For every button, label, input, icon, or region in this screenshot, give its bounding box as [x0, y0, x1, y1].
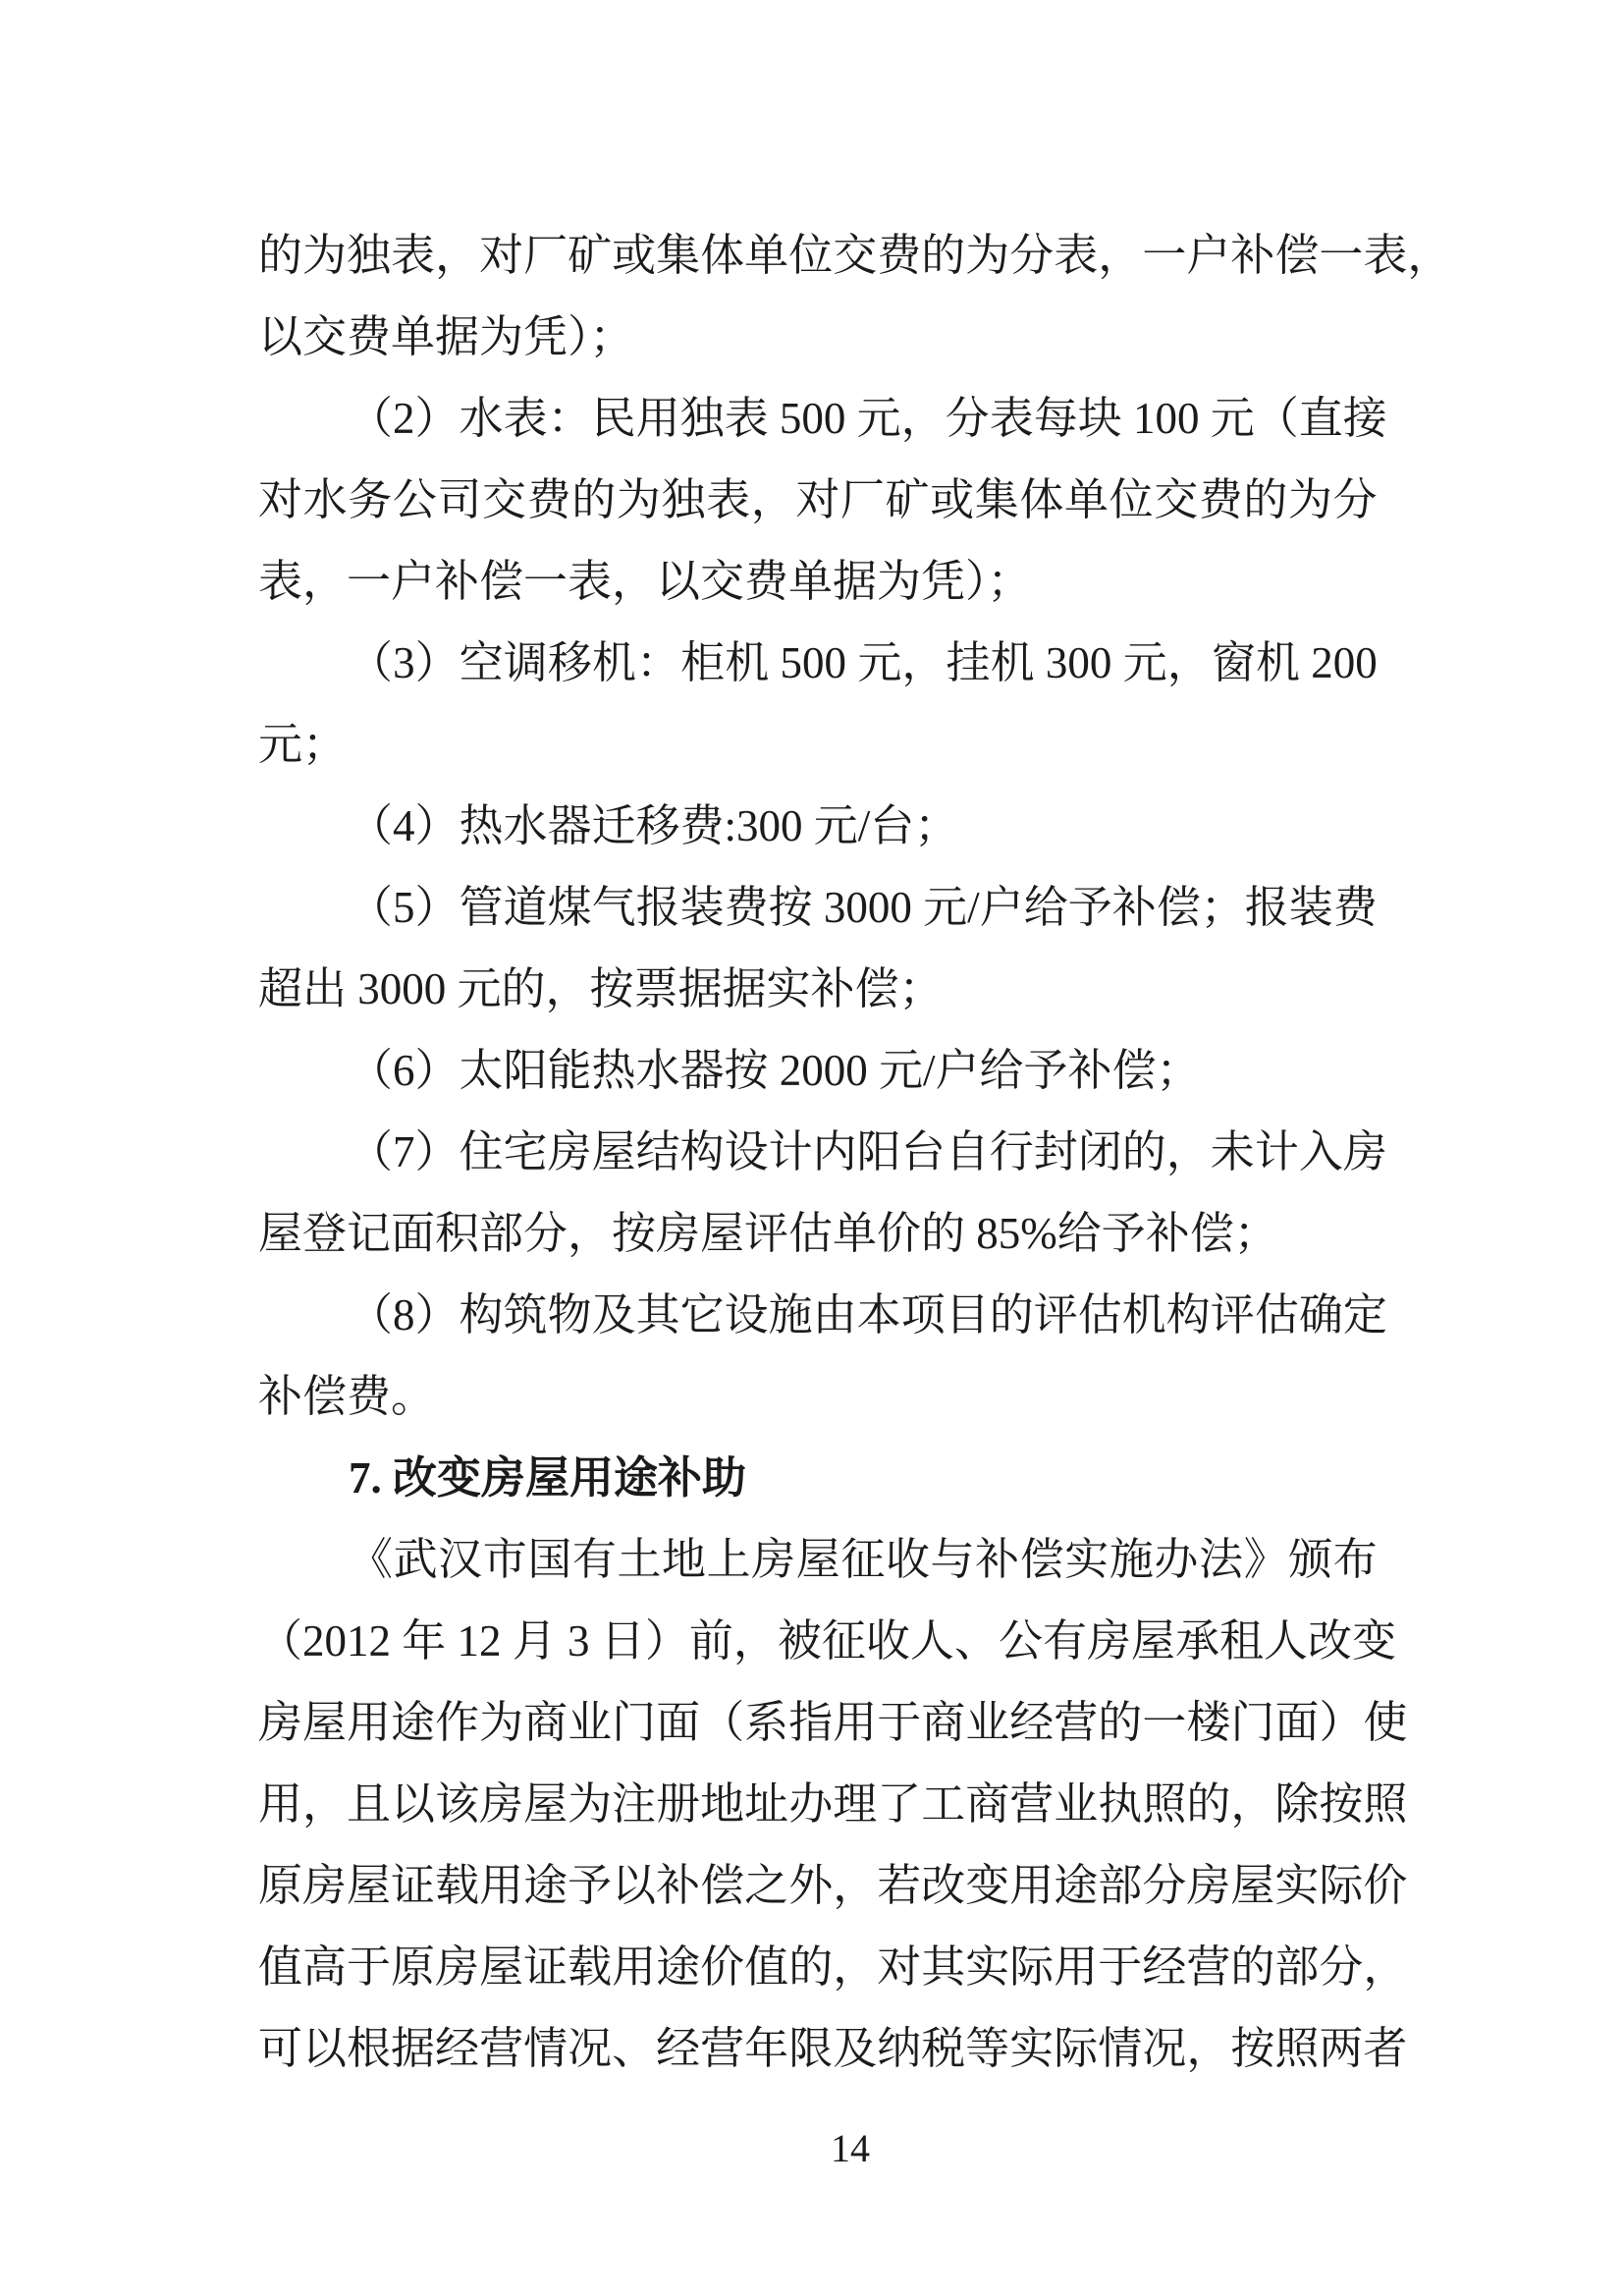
text-token: 了 [877, 1764, 921, 1845]
text-token: 公 [393, 460, 437, 541]
text-token: 务 [348, 460, 392, 541]
text-token: 对 [479, 215, 523, 297]
text-token: 指 [788, 1682, 833, 1764]
text-token: 施 [1109, 1519, 1154, 1601]
text-token: 办 [788, 1764, 833, 1845]
text-token: 位 [1109, 460, 1154, 541]
text-token: （ [1255, 378, 1299, 460]
text-line: 可以根据经营情况、经营年限及纳税等实际情况，按照两者 [258, 2008, 1378, 2090]
text-token: 补 [1230, 215, 1274, 297]
text-token: 房 [1343, 1112, 1387, 1193]
text-token: 闭 [1078, 1112, 1122, 1193]
text-line: 的为独表，对厂矿或集体单位交费的为分表，一户补偿一表， [258, 215, 1378, 297]
text-token: 改 [921, 1845, 965, 1927]
text-token: 评 [1034, 1275, 1078, 1356]
text-token: ： [548, 378, 592, 460]
text-token: 位 [788, 215, 833, 297]
text-token: 交 [1154, 460, 1198, 541]
text-token: ） [415, 867, 460, 949]
text-token: 有 [572, 1519, 617, 1601]
text-token: 水 [460, 378, 504, 460]
text-token: 以 [612, 1845, 656, 1927]
text-token: 为 [965, 215, 1009, 297]
text-token: 途 [1054, 1845, 1098, 1927]
text-token: （ [349, 1112, 393, 1193]
text-token: 用 [347, 1682, 391, 1764]
text-token: 税 [921, 2008, 965, 2090]
text-token: 费 [1333, 867, 1378, 949]
text-token: 人 [1264, 1601, 1308, 1682]
text-token: 补 [1112, 867, 1157, 949]
text-token: 价 [1363, 1845, 1407, 1927]
text-token: 值 [744, 1927, 788, 2008]
text-token: 为 [1288, 460, 1332, 541]
text-token: 用 [258, 1764, 302, 1845]
text-token: 高 [302, 1927, 347, 2008]
text-token: 一 [1142, 215, 1186, 297]
text-token: 若 [877, 1845, 921, 1927]
text-token: 营 [1186, 1927, 1230, 2008]
text-token: 装 [680, 867, 725, 949]
text-token: （ [349, 1275, 393, 1356]
text-token: 定 [1343, 1275, 1387, 1356]
text-token: 结 [636, 1112, 680, 1193]
text-token: 100 [1122, 378, 1211, 460]
text-token: （ [258, 1601, 302, 1682]
text-token: 的 [1122, 1112, 1166, 1193]
text-line: 《武汉市国有土地上房屋征收与补偿实施办法》颁布 [258, 1519, 1378, 1601]
text-token: 未 [1211, 1112, 1255, 1193]
text-token: 两 [1319, 2008, 1363, 2090]
text-token: 的 [1098, 1682, 1142, 1764]
text-token: 的 [1243, 460, 1287, 541]
text-token: 的 [258, 215, 302, 297]
text-token: 气 [592, 867, 636, 949]
text-token: 表 [725, 378, 769, 460]
text-token: 其 [636, 1275, 680, 1356]
text-token: 屋 [592, 1112, 636, 1193]
text-token: 500 [769, 623, 857, 704]
text-token: 3 [557, 1601, 601, 1682]
text-token: 价 [700, 1927, 744, 2008]
text-token: 挂 [946, 623, 990, 704]
text-token: 机 [1122, 1275, 1166, 1356]
text-line: （5）管道煤气报装费按 3000 元/户给予补偿；报装费 [258, 867, 1378, 949]
text-token: 台 [901, 1112, 946, 1193]
text-token: 对 [258, 460, 302, 541]
text-token: 筑 [504, 1275, 548, 1356]
text-token: 12 [446, 1601, 513, 1682]
text-line: （2）水表：民用独表 500 元，分表每块 100 元（直接 [258, 378, 1378, 460]
text-token: ， [901, 623, 946, 704]
text-token: 经 [435, 2008, 479, 2090]
text-token: 道 [504, 867, 548, 949]
text-token: 据 [391, 2008, 435, 2090]
text-token: 部 [1098, 1845, 1142, 1927]
text-line: （4）热水器迁移费:300 元/台； [258, 786, 1378, 867]
text-token: 阳 [857, 1112, 901, 1193]
text-token: ， [1167, 623, 1212, 704]
text-token: 体 [1019, 460, 1063, 541]
text-token: 5 [393, 867, 415, 949]
text-token: 分 [946, 378, 990, 460]
text-token: ， [1186, 2008, 1230, 2090]
text-token: 接 [1343, 378, 1387, 460]
text-line: （2012 年 12 月 3 日）前，被征收人、公有房屋承租人改变 [258, 1601, 1378, 1682]
text-token: ） [415, 623, 460, 704]
text-token: 及 [592, 1275, 636, 1356]
text-token: 实 [1009, 2008, 1054, 2090]
text-token: 的 [990, 1275, 1034, 1356]
text-token: 之 [744, 1845, 788, 1927]
text-token: 本 [857, 1275, 901, 1356]
text-token: 租 [1219, 1601, 1264, 1682]
text-token: 房 [1087, 1601, 1131, 1682]
text-token: 证 [523, 1927, 568, 2008]
text-token: 限 [788, 2008, 833, 2090]
text-token: 业 [1054, 1764, 1098, 1845]
text-token: 屋 [1131, 1601, 1175, 1682]
text-token: 3 [393, 623, 415, 704]
text-token: 经 [1009, 1682, 1054, 1764]
text-token: 部 [1274, 1927, 1319, 2008]
text-token: 分 [1319, 1927, 1363, 2008]
text-token: 200 [1300, 623, 1378, 704]
text-token: 目 [946, 1275, 990, 1356]
text-token: 元 [857, 623, 901, 704]
text-token: 一 [1142, 1682, 1186, 1764]
text-token: 除 [1274, 1764, 1319, 1845]
text-token: 用 [612, 1927, 656, 2008]
text-token: 月 [513, 1601, 557, 1682]
text-token: 估 [1255, 1275, 1299, 1356]
text-token: 且 [347, 1764, 391, 1845]
text-token: 征 [840, 1519, 885, 1601]
document-page: 的为独表，对厂矿或集体单位交费的为分表，一户补偿一表，以交费单据为凭）；（2）水… [0, 0, 1623, 2296]
text-token: 变 [965, 1845, 1009, 1927]
text-token: 照 [1142, 1764, 1186, 1845]
text-token: 水 [303, 460, 348, 541]
text-token: 房 [548, 1112, 592, 1193]
text-token: 内 [813, 1112, 857, 1193]
text-token: 独 [347, 215, 391, 297]
text-token: 元 [1123, 623, 1167, 704]
text-token: 装 [1289, 867, 1333, 949]
text-token: 汉 [438, 1519, 482, 1601]
text-token: （ [349, 623, 393, 704]
text-token: ， [901, 378, 946, 460]
text-token: 房 [302, 1845, 347, 1927]
text-token: 独 [661, 460, 705, 541]
text-token: 可 [258, 2008, 302, 2090]
text-token: 法 [1199, 1519, 1243, 1601]
text-token: 偿 [1020, 1519, 1064, 1601]
text-token: 际 [1319, 1845, 1363, 1927]
text-token: 与 [931, 1519, 975, 1601]
text-token: 日 [601, 1601, 645, 1682]
text-token: 费 [1199, 460, 1243, 541]
text-line: 超出 3000 元的，按票据据实补偿； [258, 949, 1378, 1030]
text-token: 给 [1024, 867, 1068, 949]
text-token: 变 [1352, 1601, 1396, 1682]
text-token: 自 [946, 1112, 990, 1193]
text-token: 等 [965, 2008, 1009, 2090]
text-token: ， [435, 215, 479, 297]
text-token: 元 [1211, 378, 1255, 460]
text-token: 由 [813, 1275, 857, 1356]
text-token: 每 [1034, 378, 1078, 460]
text-token: 年 [402, 1601, 446, 1682]
text-token: 按 [769, 867, 813, 949]
text-token: ） [645, 1601, 689, 1682]
text-token: 纳 [877, 2008, 921, 2090]
text-token: 评 [1211, 1275, 1255, 1356]
text-token: 机 [725, 623, 769, 704]
text-token: 厂 [840, 460, 885, 541]
text-token: ） [415, 378, 460, 460]
text-token: 于 [1098, 1927, 1142, 2008]
text-token: 单 [744, 215, 788, 297]
text-token: 屋 [796, 1519, 840, 1601]
text-token: 载 [435, 1845, 479, 1927]
text-token: 土 [617, 1519, 661, 1601]
text-token: ， [1166, 1112, 1211, 1193]
text-token: 外 [788, 1845, 833, 1927]
text-token: 的 [571, 460, 616, 541]
text-token: 理 [833, 1764, 877, 1845]
text-token: 补 [656, 1845, 700, 1927]
text-token: 房 [1186, 1845, 1230, 1927]
text-token: ， [733, 1601, 778, 1682]
text-token: 注 [612, 1764, 656, 1845]
text-token: 承 [1175, 1601, 1219, 1682]
text-token: 际 [1054, 2008, 1098, 2090]
text-line: （3）空调移机：柜机 500 元，挂机 300 元，窗机 200 [258, 623, 1378, 704]
text-token: 《 [349, 1519, 393, 1601]
text-token: 单 [1064, 460, 1109, 541]
text-token: 一 [1319, 215, 1363, 297]
text-token: 或 [930, 460, 974, 541]
text-token: 册 [656, 1764, 700, 1845]
text-token: 元 [857, 378, 901, 460]
text-token: 或 [612, 215, 656, 297]
text-token: 经 [1142, 1927, 1186, 2008]
text-token: 、 [954, 1601, 999, 1682]
text-token: 国 [527, 1519, 571, 1601]
text-token: 以 [391, 1764, 435, 1845]
text-token: 颁 [1288, 1519, 1332, 1601]
text-token: 空 [460, 623, 504, 704]
text-line: 7. 改变房屋用途补助 [258, 1438, 1378, 1519]
text-token: 实 [965, 1927, 1009, 2008]
text-token: 的 [1186, 1764, 1230, 1845]
text-token: 矿 [568, 215, 612, 297]
text-token: 况 [568, 2008, 612, 2090]
text-token: 表 [706, 460, 750, 541]
text-token: 按 [1230, 2008, 1274, 2090]
text-token: 商 [965, 1764, 1009, 1845]
text-token: 报 [636, 867, 680, 949]
text-token: 房 [435, 1927, 479, 2008]
text-token: 的 [788, 1927, 833, 2008]
text-line: 表，一户补偿一表，以交费单据为凭）； [258, 541, 1378, 623]
text-token: 封 [1034, 1112, 1078, 1193]
text-token: 为 [479, 1682, 523, 1764]
text-token: 证 [391, 1845, 435, 1927]
text-token: 实 [1064, 1519, 1109, 1601]
text-token: 费 [877, 215, 921, 297]
text-token: 表 [1363, 215, 1407, 297]
text-token: 的 [921, 215, 965, 297]
text-token: 门 [1230, 1682, 1274, 1764]
text-token: ） [415, 1275, 460, 1356]
text-token: 对 [795, 460, 839, 541]
text-token: 有 [1043, 1601, 1087, 1682]
text-token: 窗 [1212, 623, 1256, 704]
text-token: 机 [592, 623, 636, 704]
text-token: 原 [391, 1927, 435, 2008]
text-token: 情 [523, 2008, 568, 2090]
text-token: 2 [393, 378, 415, 460]
text-token: 集 [975, 460, 1019, 541]
text-token: 载 [568, 1927, 612, 2008]
text-token: 情 [1098, 2008, 1142, 2090]
text-token: 址 [744, 1764, 788, 1845]
text-token: 用 [1054, 1927, 1098, 2008]
text-token: 表 [1054, 215, 1098, 297]
text-token: （ [349, 867, 393, 949]
text-token: 为 [302, 215, 347, 297]
text-token: 》 [1244, 1519, 1288, 1601]
text-token: 楼 [1186, 1682, 1230, 1764]
text-token: 用 [1009, 1845, 1054, 1927]
text-token: ， [833, 1927, 877, 2008]
text-token: 作 [435, 1682, 479, 1764]
text-token: 屋 [302, 1682, 347, 1764]
text-token: 直 [1299, 378, 1343, 460]
text-token: 3000 [813, 867, 924, 949]
text-token: 面 [656, 1682, 700, 1764]
text-token: 上 [707, 1519, 751, 1601]
text-line: （6）太阳能热水器按 2000 元/户给予补偿； [258, 1030, 1378, 1112]
text-line: （8）构筑物及其它设施由本项目的评估机构评估确定 [258, 1275, 1378, 1356]
text-token: 营 [479, 2008, 523, 2090]
text-line: 元； [258, 704, 1378, 786]
text-token: 机 [1256, 623, 1300, 704]
text-token: 偿 [1274, 215, 1319, 297]
text-token: 征 [822, 1601, 866, 1682]
text-token: （ [700, 1682, 744, 1764]
text-token: 以 [302, 2008, 347, 2090]
text-token: 工 [921, 1764, 965, 1845]
text-token: 用 [636, 378, 680, 460]
text-token: 调 [504, 623, 548, 704]
text-token: 户 [1186, 215, 1230, 297]
text-token: 屋 [523, 1764, 568, 1845]
text-token: 偿 [1157, 867, 1201, 949]
text-token: 房 [479, 1764, 523, 1845]
text-token: 原 [258, 1845, 302, 1927]
text-token: ， [302, 1764, 347, 1845]
text-token: 确 [1299, 1275, 1343, 1356]
text-token: ， [833, 1845, 877, 1927]
text-token: 民 [592, 378, 636, 460]
text-token: 营 [700, 2008, 744, 2090]
text-token: 予 [1068, 867, 1112, 949]
text-token: 面 [1274, 1682, 1319, 1764]
text-token: 途 [523, 1845, 568, 1927]
text-token: 根 [347, 2008, 391, 2090]
text-token: 分 [1009, 215, 1054, 297]
text-token: 值 [258, 1927, 302, 2008]
text-token: 商 [921, 1682, 965, 1764]
text-token: 布 [1333, 1519, 1378, 1601]
text-token: 管 [460, 867, 504, 949]
text-token: 商 [523, 1682, 568, 1764]
text-token: 的 [1230, 1927, 1274, 2008]
text-token: 系 [744, 1682, 788, 1764]
text-token: 表 [990, 378, 1034, 460]
text-token: 7 [393, 1112, 415, 1193]
text-token: 及 [833, 2008, 877, 2090]
text-token: 办 [1154, 1519, 1198, 1601]
text-token: ） [1319, 1682, 1363, 1764]
text-line: 值高于原房屋证载用途价值的，对其实际用于经营的部分， [258, 1927, 1378, 2008]
text-token: 独 [680, 378, 725, 460]
text-token: 行 [990, 1112, 1034, 1193]
text-token: 体 [700, 215, 744, 297]
text-token: 按 [1319, 1764, 1363, 1845]
text-token: ， [1407, 215, 1451, 297]
text-token: 300 [1035, 623, 1123, 704]
text-token: 计 [1255, 1112, 1299, 1193]
text-token: 屋 [1230, 1845, 1274, 1927]
text-token: 入 [1299, 1112, 1343, 1193]
text-token: 计 [769, 1112, 813, 1193]
text-token: 年 [744, 2008, 788, 2090]
text-token: 市 [483, 1519, 527, 1601]
text-token: 费 [527, 460, 571, 541]
text-token: 使 [1363, 1682, 1407, 1764]
text-token: 补 [975, 1519, 1019, 1601]
text-token: 分 [1333, 460, 1378, 541]
text-token: 门 [612, 1682, 656, 1764]
text-token: 途 [656, 1927, 700, 2008]
text-token: 厂 [523, 215, 568, 297]
text-token: 途 [391, 1682, 435, 1764]
text-line: 补偿费。 [258, 1356, 1378, 1438]
text-token: 予 [568, 1845, 612, 1927]
page-number: 14 [831, 2129, 870, 2168]
text-token: 构 [680, 1112, 725, 1193]
text-token: 用 [479, 1845, 523, 1927]
text-token: 8 [393, 1275, 415, 1356]
text-token: 业 [965, 1682, 1009, 1764]
text-token: 前 [689, 1601, 733, 1682]
text-token: 矿 [886, 460, 930, 541]
text-token: 500 [769, 378, 857, 460]
text-token: 况 [1142, 2008, 1186, 2090]
text-token: 其 [921, 1927, 965, 2008]
text-token: 地 [700, 1764, 744, 1845]
text-token: 宅 [504, 1112, 548, 1193]
text-token: 对 [877, 1927, 921, 2008]
text-token: 偿 [700, 1845, 744, 1927]
text-token: 物 [548, 1275, 592, 1356]
text-line: 对水务公司交费的为独表，对厂矿或集体单位交费的为分 [258, 460, 1378, 541]
text-token: （ [349, 378, 393, 460]
text-token: 2012 [302, 1601, 402, 1682]
